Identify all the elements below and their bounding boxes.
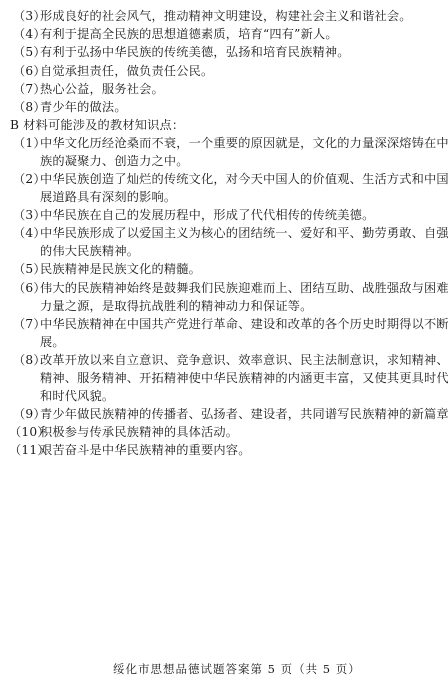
item-text: 积极参与传承民族精神的具体活动。 bbox=[40, 423, 238, 441]
item-text: 伟大的民族精神始终是鼓舞我们民族迎难而上、团结互助、战胜强敌与困难的不竭 bbox=[40, 279, 448, 297]
item-text: 精神、服务精神、开拓精神使中华民族精神的内涵更丰富，又使其更具时代气息 bbox=[40, 369, 448, 387]
item-text: 中华民族精神在中国共产党进行革命、建设和改革的各个历史时期得以不断丰富和发 bbox=[40, 315, 448, 333]
section-heading-text: B 材料可能涉及的教材知识点： bbox=[10, 116, 184, 134]
item-text: 青少年的做法。 bbox=[40, 98, 127, 116]
item-text: 自觉承担责任，做负责任公民。 bbox=[40, 62, 213, 80]
item-text: 展。 bbox=[40, 333, 65, 351]
item-text: 艰苦奋斗是中华民族精神的重要内容。 bbox=[40, 441, 251, 459]
item-text: 青少年做民族精神的传播者、弘扬者、建设者，共同谱写民族精神的新篇章。 bbox=[40, 405, 448, 423]
item-text: 力量之源，是取得抗战胜利的精神动力和保证等。 bbox=[40, 297, 313, 315]
item-text: 中华民族形成了以爱国主义为核心的团结统一、爱好和平、勤劳勇敢、自强不息 bbox=[40, 224, 448, 242]
item-text: 民族精神是民族文化的精髓。 bbox=[40, 260, 201, 278]
item-text: 有利于提高全民族的思想道德素质，培育“四有”新人。 bbox=[40, 25, 338, 43]
item-text: 中华民族在自己的发展历程中，形成了代代相传的传统美德。 bbox=[40, 206, 374, 224]
item-text: 中华民族创造了灿烂的传统文化，对今天中国人的价值观、生活方式和中国的发 bbox=[40, 170, 448, 188]
item-text: 改革开放以来自立意识、竞争意识、效率意识、民主法制意识，求知精神、科学 bbox=[40, 351, 448, 369]
item-text: 和时代风貌。 bbox=[40, 387, 114, 405]
item-text: 中华文化历经沧桑而不衰，一个重要的原因就是，文化的力量深深熔铸在中华民 bbox=[40, 134, 448, 152]
page-footer: 绥化市思想品德试题答案第 5 页（共 5 页） bbox=[113, 661, 361, 677]
item-text: 的伟大民族精神。 bbox=[40, 242, 139, 260]
item-text: 展道路具有深刻的影响。 bbox=[40, 188, 176, 206]
item-text: 形成良好的社会风气，推动精神文明建设，构建社会主义和谐社会。 bbox=[40, 7, 412, 25]
item-text: 族的凝聚力、创造力之中。 bbox=[40, 152, 189, 170]
item-text: 热心公益，服务社会。 bbox=[40, 80, 164, 98]
answer-key-page: （3） 形成良好的社会风气，推动精神文明建设，构建社会主义和谐社会。 （4） 有… bbox=[0, 0, 448, 690]
item-text: 有利于弘扬中华民族的传统美德，弘扬和培育民族精神。 bbox=[40, 43, 350, 61]
